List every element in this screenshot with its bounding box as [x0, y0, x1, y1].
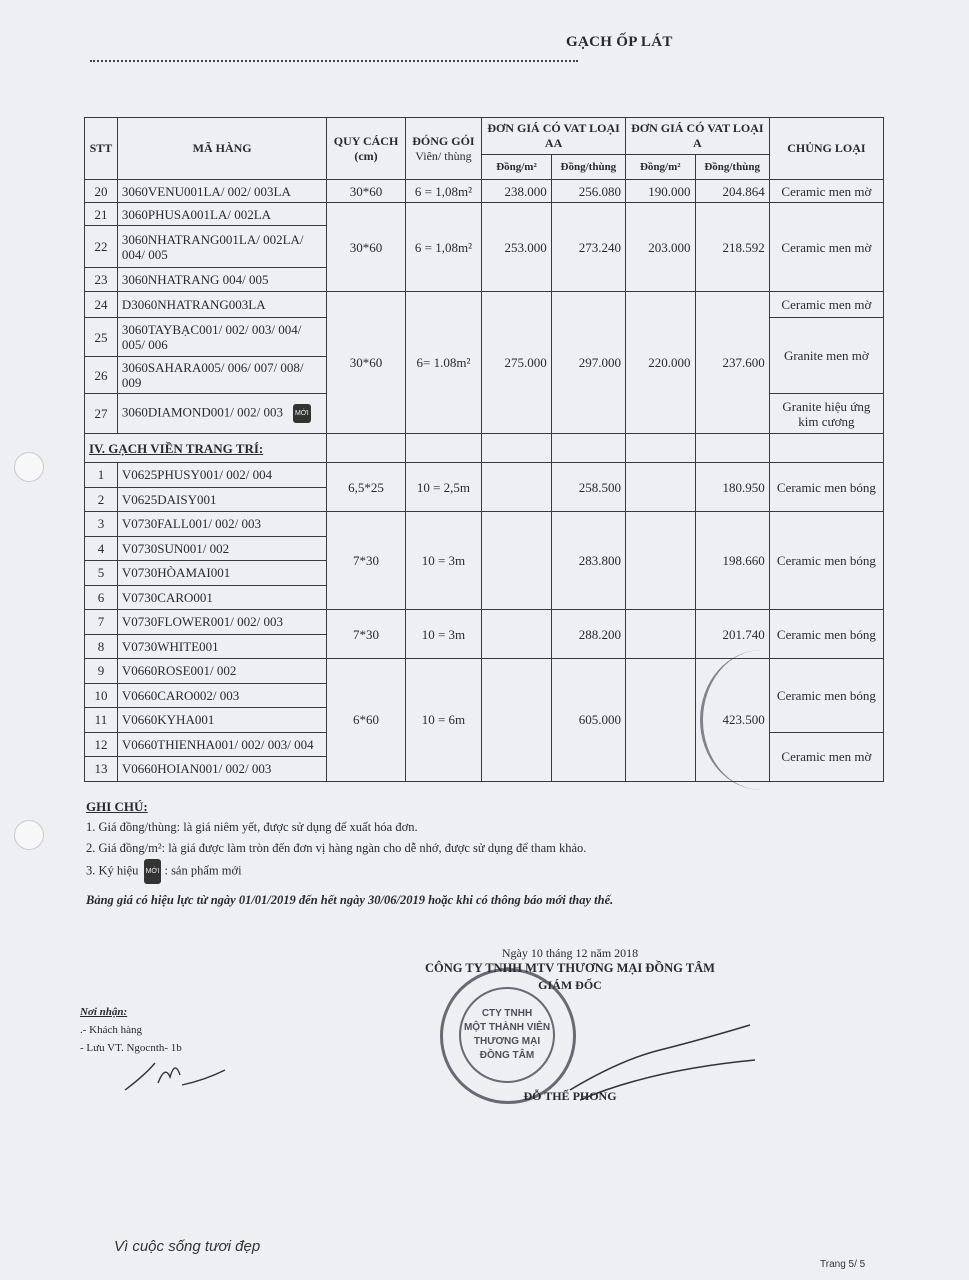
- row-code: 3060SAHARA005/ 006/ 007/ 008/ 009: [117, 357, 326, 394]
- col-stt: STT: [85, 118, 118, 180]
- row-code: V0730FALL001/ 002/ 003: [117, 512, 326, 537]
- price-aa-m2: [482, 512, 552, 610]
- row-code: V0625DAISY001: [117, 487, 326, 512]
- price-a-box: 180.950: [695, 463, 769, 512]
- product-type: Ceramic men bóng: [769, 463, 883, 512]
- price-a-m2: [625, 610, 695, 659]
- row-code: 3060DIAMOND001/ 002/ 003MỚI: [117, 394, 326, 434]
- table-row: 24D3060NHATRANG003LA30*606= 1.08m²275.00…: [85, 292, 884, 318]
- row-code: V0730SUN001/ 002: [117, 536, 326, 561]
- table-row: 1V0625PHUSY001/ 002/ 0046,5*2510 = 2,5m2…: [85, 463, 884, 488]
- col-pack: ĐÓNG GÓIViên/ thùng: [405, 118, 482, 180]
- table-cell: [769, 434, 883, 463]
- row-stt: 22: [85, 226, 118, 268]
- note-item: 3. Ký hiệu MỚI : sản phẩm mới: [86, 859, 806, 884]
- col-aa-box: Đồng/thùng: [551, 155, 625, 180]
- price-aa-box: 256.080: [551, 180, 625, 203]
- price-a-m2: 190.000: [625, 180, 695, 203]
- price-aa-m2: [482, 610, 552, 659]
- note-item: 2. Giá đồng/m²: là giá được làm tròn đến…: [86, 838, 806, 859]
- signer-role: GIÁM ĐỐC: [420, 978, 720, 993]
- table-cell: [625, 434, 695, 463]
- table-row: 203060VENU001LA/ 002/ 003LA30*606 = 1,08…: [85, 180, 884, 203]
- row-stt: 20: [85, 180, 118, 203]
- row-code: D3060NHATRANG003LA: [117, 292, 326, 318]
- table-cell: [551, 434, 625, 463]
- signature-scribble: [560, 1020, 760, 1110]
- product-type: Ceramic men mờ: [769, 203, 883, 292]
- price-aa-m2: [482, 659, 552, 782]
- product-type: Granite hiệu ứng kim cương: [769, 394, 883, 434]
- row-stt: 27: [85, 394, 118, 434]
- row-stt: 2: [85, 487, 118, 512]
- new-badge-icon: MỚI: [144, 859, 162, 884]
- group-pack: 10 = 3m: [405, 512, 482, 610]
- price-aa-box: 273.240: [551, 203, 625, 292]
- row-stt: 24: [85, 292, 118, 318]
- dotted-divider: [90, 60, 578, 62]
- price-aa-m2: [482, 463, 552, 512]
- price-a-m2: [625, 659, 695, 782]
- price-a-m2: 220.000: [625, 292, 695, 434]
- table-cell: [482, 434, 552, 463]
- group-size: 30*60: [327, 292, 405, 434]
- col-a-box: Đồng/thùng: [695, 155, 769, 180]
- group-size: 6*60: [327, 659, 405, 782]
- group-pack: 10 = 6m: [405, 659, 482, 782]
- price-aa-box: 258.500: [551, 463, 625, 512]
- row-code: V0660HOIAN001/ 002/ 003: [117, 757, 326, 782]
- table-cell: [327, 434, 405, 463]
- price-aa-m2: 275.000: [482, 292, 552, 434]
- col-aa-m2: Đồng/m²: [482, 155, 552, 180]
- notes: GHI CHÚ: 1. Giá đồng/thùng: là giá niêm …: [86, 796, 806, 911]
- table-row: 7V0730FLOWER001/ 002/ 0037*3010 = 3m288.…: [85, 610, 884, 635]
- row-code: 3060NHATRANG 004/ 005: [117, 268, 326, 292]
- group-size: 30*60: [327, 203, 405, 292]
- price-a-box: 237.600: [695, 292, 769, 434]
- col-size: QUY CÁCH (cm): [327, 118, 405, 180]
- initials-scribble: [120, 1055, 230, 1095]
- row-stt: 5: [85, 561, 118, 586]
- table-cell: [405, 434, 482, 463]
- price-aa-box: 288.200: [551, 610, 625, 659]
- recipients-heading: Nơi nhận:: [80, 1003, 182, 1021]
- row-stt: 8: [85, 634, 118, 659]
- row-code: V0730CARO001: [117, 585, 326, 610]
- row-stt: 7: [85, 610, 118, 635]
- col-type: CHỦNG LOẠI: [769, 118, 883, 180]
- col-code: MÃ HÀNG: [117, 118, 326, 180]
- punch-hole: [14, 452, 44, 482]
- row-stt: 12: [85, 732, 118, 757]
- price-aa-m2: 253.000: [482, 203, 552, 292]
- price-a-box: 198.660: [695, 512, 769, 610]
- table-row: 213060PHUSA001LA/ 002LA30*606 = 1,08m²25…: [85, 203, 884, 226]
- group-pack: 6 = 1,08m²: [405, 203, 482, 292]
- row-stt: 1: [85, 463, 118, 488]
- price-a-m2: [625, 512, 695, 610]
- group-pack: 6 = 1,08m²: [405, 180, 482, 203]
- col-price-a: ĐƠN GIÁ CÓ VAT LOẠI A: [625, 118, 769, 155]
- product-type: Ceramic men bóng: [769, 512, 883, 610]
- row-stt: 3: [85, 512, 118, 537]
- col-price-aa: ĐƠN GIÁ CÓ VAT LOẠI AA: [482, 118, 626, 155]
- row-stt: 4: [85, 536, 118, 561]
- new-badge-icon: MỚI: [293, 404, 311, 423]
- row-code: V0730WHITE001: [117, 634, 326, 659]
- table-cell: [695, 434, 769, 463]
- row-stt: 13: [85, 757, 118, 782]
- row-code: 3060NHATRANG001LA/ 002LA/ 004/ 005: [117, 226, 326, 268]
- row-stt: 6: [85, 585, 118, 610]
- group-size: 6,5*25: [327, 463, 405, 512]
- price-aa-box: 297.000: [551, 292, 625, 434]
- row-code: V0660THIENHA001/ 002/ 003/ 004: [117, 732, 326, 757]
- group-pack: 10 = 2,5m: [405, 463, 482, 512]
- row-code: V0730HÒAMAI001: [117, 561, 326, 586]
- col-a-m2: Đồng/m²: [625, 155, 695, 180]
- recipients: Nơi nhận: .- Khách hàng - Lưu VT. Ngocnt…: [80, 1003, 182, 1057]
- price-a-m2: [625, 463, 695, 512]
- section-row: IV. GẠCH VIỀN TRANG TRÍ:: [85, 434, 884, 463]
- product-type: Ceramic men bóng: [769, 610, 883, 659]
- group-size: 7*30: [327, 512, 405, 610]
- group-pack: 6= 1.08m²: [405, 292, 482, 434]
- price-a-box: 218.592: [695, 203, 769, 292]
- row-code: V0625PHUSY001/ 002/ 004: [117, 463, 326, 488]
- product-type: Granite men mờ: [769, 318, 883, 394]
- row-stt: 25: [85, 318, 118, 357]
- row-code: 3060PHUSA001LA/ 002LA: [117, 203, 326, 226]
- row-stt: 10: [85, 683, 118, 708]
- validity-note: Bảng giá có hiệu lực từ ngày 01/01/2019 …: [86, 890, 806, 911]
- row-stt: 23: [85, 268, 118, 292]
- section-heading: IV. GẠCH VIỀN TRANG TRÍ:: [85, 434, 327, 463]
- note-item: 1. Giá đồng/thùng: là giá niêm yết, được…: [86, 817, 806, 838]
- price-aa-box: 605.000: [551, 659, 625, 782]
- group-size: 30*60: [327, 180, 405, 203]
- price-aa-m2: 238.000: [482, 180, 552, 203]
- row-code: 3060VENU001LA/ 002/ 003LA: [117, 180, 326, 203]
- punch-hole: [14, 820, 44, 850]
- product-type: Ceramic men mờ: [769, 180, 883, 203]
- row-stt: 11: [85, 708, 118, 733]
- price-a-box: 204.864: [695, 180, 769, 203]
- stamp-partial: [700, 650, 823, 790]
- price-aa-box: 283.800: [551, 512, 625, 610]
- page-title: GẠCH ỐP LÁT: [566, 34, 673, 51]
- row-stt: 21: [85, 203, 118, 226]
- recipient-item: .- Khách hàng: [80, 1021, 182, 1039]
- notes-heading: GHI CHÚ:: [86, 796, 806, 817]
- row-code: V0660ROSE001/ 002: [117, 659, 326, 684]
- row-code: V0660CARO002/ 003: [117, 683, 326, 708]
- table-row: 3V0730FALL001/ 002/ 0037*3010 = 3m283.80…: [85, 512, 884, 537]
- row-stt: 9: [85, 659, 118, 684]
- row-code: 3060TAYBẠC001/ 002/ 003/ 004/ 005/ 006: [117, 318, 326, 357]
- sign-date: Ngày 10 tháng 12 năm 2018: [420, 946, 720, 961]
- footer-slogan: Vì cuộc sống tươi đẹp: [114, 1238, 260, 1255]
- product-type: Ceramic men mờ: [769, 292, 883, 318]
- page-number: Trang 5/ 5: [820, 1259, 865, 1270]
- company-name: CÔNG TY TNHH MTV THƯƠNG MẠI ĐỒNG TÂM: [420, 961, 720, 976]
- row-code: V0730FLOWER001/ 002/ 003: [117, 610, 326, 635]
- group-pack: 10 = 3m: [405, 610, 482, 659]
- price-a-m2: 203.000: [625, 203, 695, 292]
- row-stt: 26: [85, 357, 118, 394]
- group-size: 7*30: [327, 610, 405, 659]
- row-code: V0660KYHA001: [117, 708, 326, 733]
